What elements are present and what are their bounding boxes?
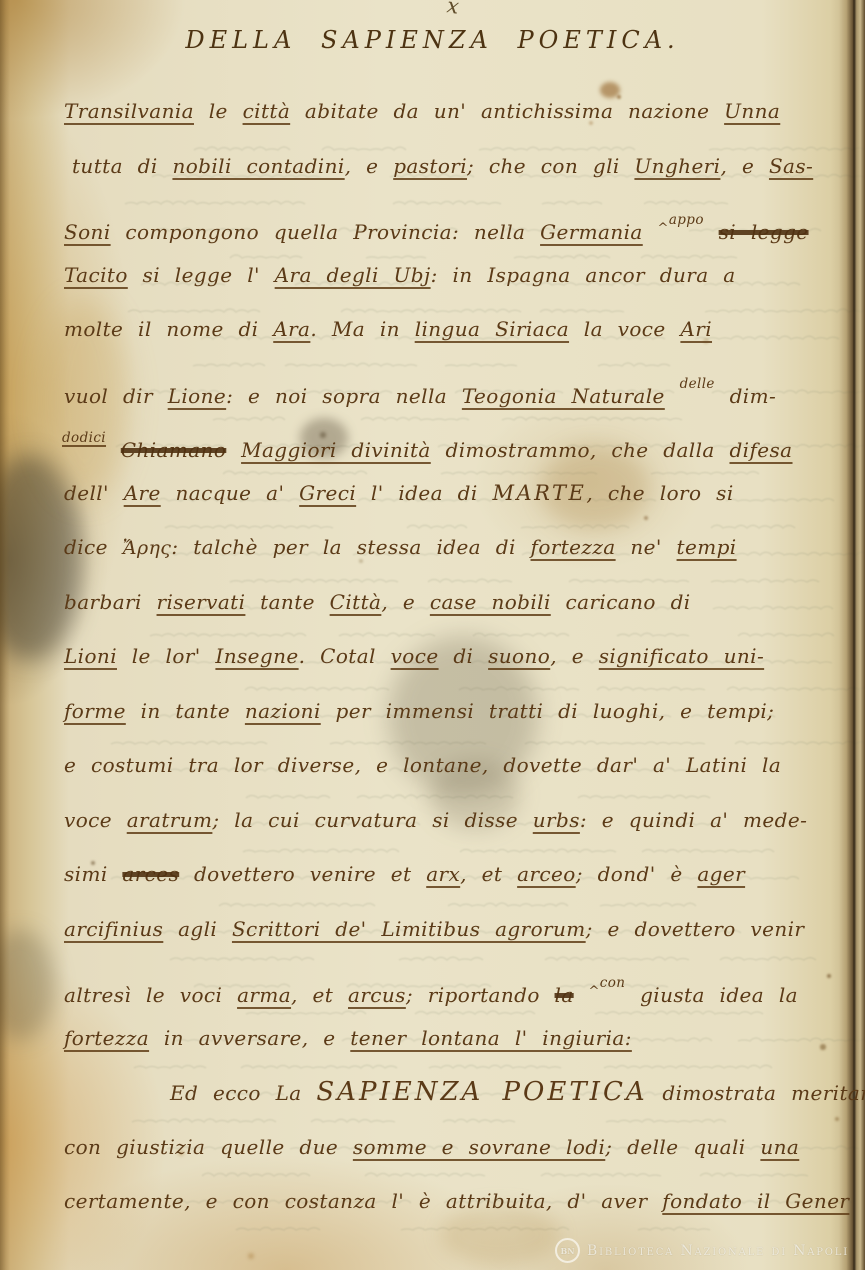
text-segment: Sas- [769,154,813,178]
manuscript-line: tutta di nobili contadini, e pastori; ch… [72,139,836,194]
manuscript-line: Lioni le lor' Insegne. Cotal voce di suo… [64,629,836,684]
manuscript-line: dell' Are nacque a' Greci l' idea di MAR… [64,466,836,521]
text-segment: pastori [393,154,467,178]
text-segment: compongono quella Provincia: nella [111,220,540,244]
text-segment: con giustizia quelle due [64,1135,353,1159]
text-segment: ; e dovettero venir [586,917,805,941]
manuscript-line: con giustizia quelle due somme e sovrane… [64,1120,836,1175]
text-segment: ; dond' è [576,862,698,886]
text-segment: altresì le voci [64,983,237,1007]
text-segment: Insegne [215,644,298,668]
manuscript-line: molte il nome di Ara. Ma in lingua Siria… [64,302,836,357]
manuscript-line: voce aratrum; la cui curvatura si disse … [64,793,836,848]
library-monogram-icon: BN [555,1238,580,1263]
text-segment: somme e sovrane lodi [353,1135,605,1159]
text-segment: Transilvania [64,99,194,123]
text-segment: voce [64,808,127,832]
text-segment: Unna [724,99,780,123]
text-segment: arma [237,983,291,1007]
manuscript-line: fortezza in avversare, e tener lontana l… [64,1011,836,1066]
text-segment: dovettero venire et [179,862,426,886]
text-segment: Ari [680,317,712,341]
manuscript-line: e costumi tra lor diverse, e lontane, do… [64,738,836,793]
text-segment: arcus [348,983,406,1007]
text-segment: simi [64,862,122,886]
text-segment: si legge l' [128,263,275,287]
text-segment: : talchè per la stessa idea di [171,535,530,559]
text-segment: Lione [168,384,226,408]
text-segment: dodici [62,430,106,446]
manuscript-line: dodici Chiamano Maggiori divinità dimost… [62,411,836,466]
text-segment: appo [669,212,704,228]
manuscript-line: dice Ἄρης: talchè per la stessa idea di … [64,520,836,575]
text-segment: , e [345,154,394,178]
text-segment: dim- [715,384,776,408]
text-segment: in tante [126,699,245,723]
text-segment: giusta idea la [625,983,798,1007]
text-segment: tener lontana l' ingiuria: [350,1026,632,1050]
text-segment: Teogonia Naturale [462,384,665,408]
text-segment: Ara degli Ubj [275,263,431,287]
text-segment: arcifinius [64,917,163,941]
text-segment: forme [64,699,126,723]
text-segment: dice [64,535,123,559]
text-segment: . Ma in [310,317,414,341]
manuscript-line: arcifinius agli Scrittori de' Limitibus … [64,902,836,957]
text-segment: aratrum [127,808,213,832]
text-segment: barbari [64,590,157,614]
text-segment: Maggiori divinità [241,438,431,462]
text-segment: suono [488,644,550,668]
text-segment: urbs [533,808,580,832]
text-segment: case nobili [430,590,551,614]
text-segment: fortezza [64,1026,149,1050]
manuscript-line: Tacito si legge l' Ara degli Ubj: in Isp… [64,248,836,303]
text-segment: , et [291,983,348,1007]
text-segment: città [243,99,291,123]
text-segment: MARTE [492,481,586,505]
binding-gutter-edge [0,0,10,1270]
text-segment [106,438,121,462]
text-segment: : in Ispagna ancor dura a [431,263,736,287]
text-segment: nobili contadini [172,154,344,178]
text-segment [574,983,589,1007]
text-segment: significato uni- [599,644,764,668]
library-watermark: BN Biblioteca Nazionale di Napoli [555,1238,849,1263]
text-segment: Città [330,590,382,614]
text-segment: arceo [517,862,576,886]
text-segment: , e [381,590,430,614]
text-segment: agli [163,917,232,941]
text-segment: la voce [569,317,680,341]
text-segment: , et [460,862,517,886]
text-segment: dimostrata meritar [648,1081,865,1105]
text-segment: Greci [299,481,356,505]
text-segment: : e noi sopra nella [226,384,462,408]
text-segment: Ara [273,317,310,341]
text-segment: nazione [628,99,724,123]
text-segment: Tacito [64,263,128,287]
text-segment [704,220,719,244]
text-segment: le [194,99,243,123]
library-watermark-label: Biblioteca Nazionale di Napoli [587,1243,849,1259]
text-segment: fondato il Gener [662,1189,849,1213]
text-segment: per immensi tratti di luoghi, e tempi; [321,699,775,723]
text-segment: Ed ecco La [170,1081,316,1105]
text-segment: Germania [540,220,643,244]
text-segment: riservati [157,590,246,614]
text-segment: ^ [658,221,669,236]
text-segment: Ἄρης [123,537,172,559]
text-segment: vuol dir [64,384,168,408]
text-segment: ; riportando [406,983,555,1007]
text-segment: tante [245,590,329,614]
text-segment: difesa [729,438,792,462]
manuscript-line: certamente, e con costanza l' è attribui… [64,1174,836,1229]
text-segment: . Cotal [299,644,391,668]
text-segment: fortezza [531,535,616,559]
text-segment: Are [124,481,161,505]
manuscript-lines: Transilvania le città abitate da un' ant… [64,84,836,1229]
text-segment: delle [680,376,715,392]
manuscript-line: Soni compongono quella Provincia: nella … [64,193,836,248]
manuscript-line: vuol dir Lione: e noi sopra nella Teogon… [64,357,836,412]
text-segment [226,438,241,462]
text-segment: arces [122,862,179,886]
text-segment: caricano di [551,590,691,614]
manuscript-line: forme in tante nazioni per immensi tratt… [64,684,836,739]
manuscript-line: Transilvania le città abitate da un' ant… [64,84,836,139]
text-segment: certamente, e con costanza l' è attribui… [64,1189,662,1213]
text-segment: le lor' [117,644,215,668]
text-segment: Ungheri [634,154,720,178]
text-segment: di [439,644,489,668]
text-segment: ; che con gli [467,154,634,178]
text-segment [643,220,658,244]
text-segment: : e quindi a' mede- [580,808,807,832]
text-segment: ager [697,862,745,886]
text-segment: ^ [588,984,599,999]
manuscript-line: Ed ecco La SAPIENZA POETICA dimostrata m… [170,1065,836,1120]
text-segment: , e [550,644,599,668]
text-segment: Scrittori de' Limitibus agrorum [232,917,586,941]
manuscript-page-scan: x DELLA SAPIENZA POETICA. Transilvania l… [0,0,865,1270]
text-segment: la [555,983,574,1007]
text-segment: una [760,1135,799,1159]
text-segment: ne' [616,535,677,559]
text-segment: l' idea di [356,481,492,505]
text-segment: tempi [677,535,737,559]
manuscript-line: altresì le voci arma, et arcus; riportan… [64,956,836,1011]
text-segment: , che loro si [586,481,733,505]
text-segment: abitate da un' antichissima [290,99,628,123]
text-segment: Lioni [64,644,117,668]
text-segment: voce [391,644,439,668]
text-segment: , e [720,154,769,178]
text-segment: Chiamano [121,438,227,462]
text-segment: nazioni [245,699,321,723]
text-segment: in avversare, e [149,1026,350,1050]
text-segment: e costumi tra lor diverse, e lontane, do… [64,753,781,777]
manuscript-line: simi arces dovettero venire et arx, et a… [64,847,836,902]
text-segment: nacque a' [161,481,299,505]
text-segment: arx [426,862,460,886]
text-segment: tutta di [72,154,172,178]
text-segment: ; delle quali [605,1135,760,1159]
text-segment: ; la cui curvatura si disse [212,808,532,832]
text-segment: dell' [64,481,124,505]
text-segment: lingua Siriaca [415,317,569,341]
text-segment: dimostrammo, che dalla [431,438,730,462]
text-segment: si legge [719,220,809,244]
page-title: DELLA SAPIENZA POETICA. [0,26,865,54]
text-segment: con [600,975,626,991]
text-segment [665,384,680,408]
text-segment: Soni [64,220,111,244]
manuscript-line: barbari riservati tante Città, e case no… [64,575,836,630]
text-segment: SAPIENZA POETICA [316,1077,647,1107]
text-segment: molte il nome di [64,317,273,341]
